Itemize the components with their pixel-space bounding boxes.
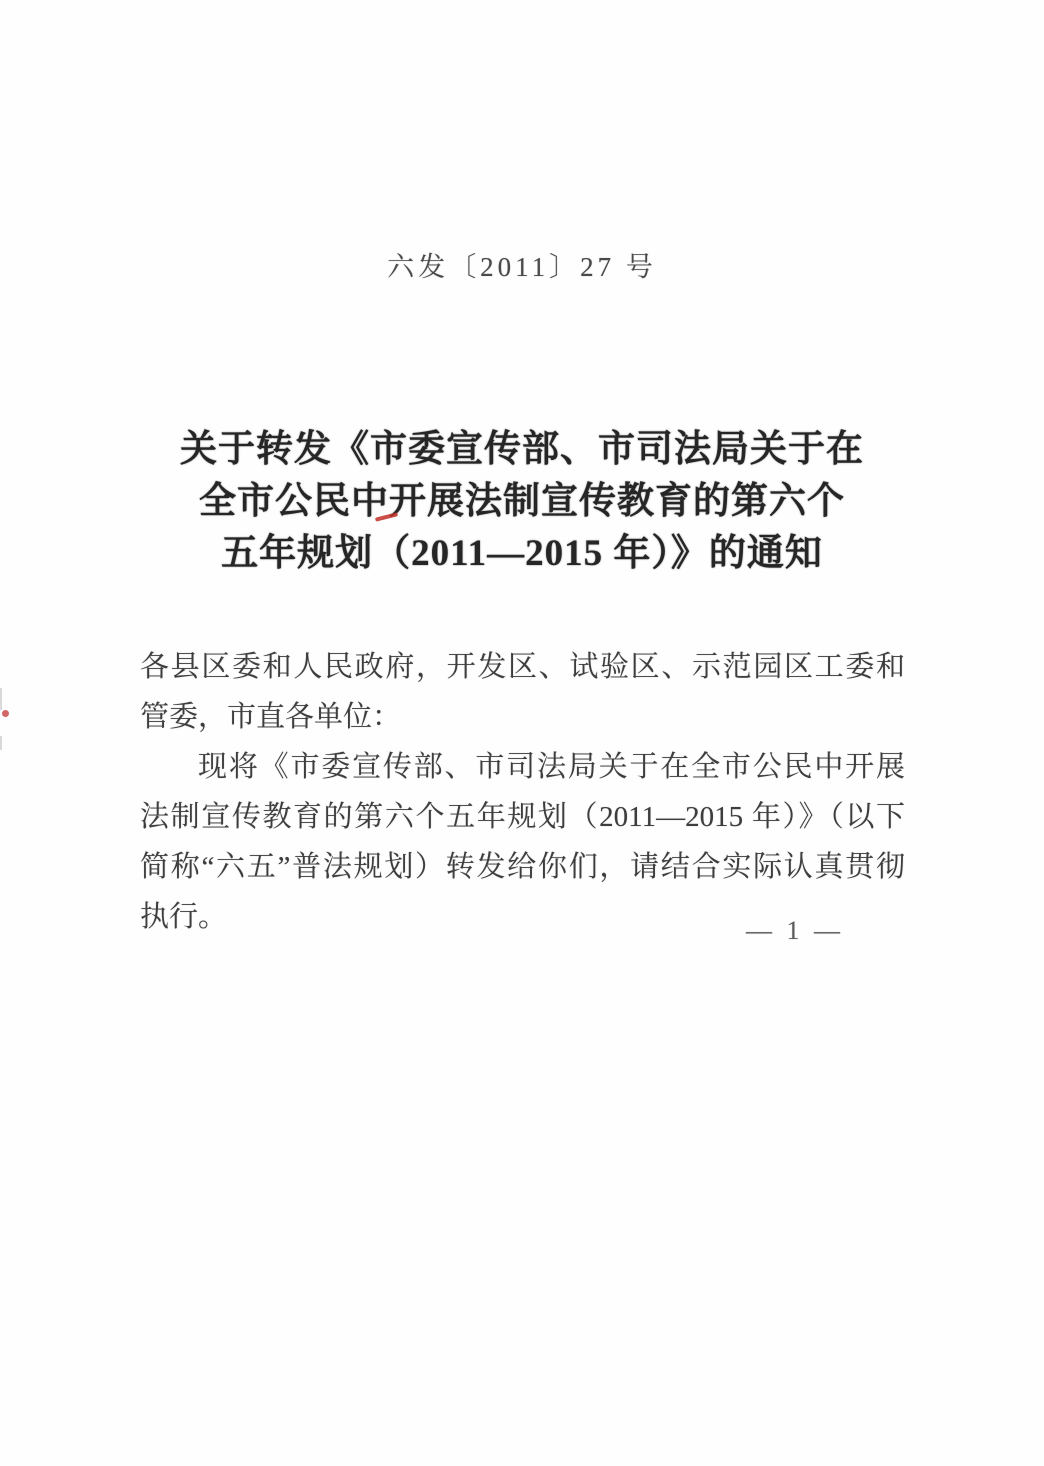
title-line-2: 全市公民中开展法制宣传教育的第六个 bbox=[0, 476, 1044, 528]
body-line-3: 简称“六五”普法规划）转发给你们，请结合实际认真贯彻 bbox=[140, 842, 905, 892]
document-title: 关于转发《市委宣传部、市司法局关于在 全市公民中开展法制宣传教育的第六个 五年规… bbox=[0, 424, 1044, 580]
title-line-3: 五年规划（2011—2015 年）》的通知 bbox=[0, 528, 1044, 580]
salutation-line-1: 各县区委和人民政府，开发区、试验区、示范园区工委和 bbox=[140, 642, 905, 692]
salutation-line-2: 管委，市直各单位： bbox=[140, 692, 905, 742]
body-line-2: 法制宣传教育的第六个五年规划（2011—2015 年）》（以下 bbox=[140, 792, 905, 842]
document-body: 各县区委和人民政府，开发区、试验区、示范园区工委和 管委，市直各单位： 现将《市… bbox=[140, 642, 905, 942]
document-number: 六发〔2011〕27 号 bbox=[0, 0, 1044, 284]
title-line-1: 关于转发《市委宣传部、市司法局关于在 bbox=[0, 424, 1044, 476]
red-dot-mark bbox=[2, 710, 9, 717]
page-number: — 1 — bbox=[735, 916, 855, 946]
body-line-1: 现将《市委宣传部、市司法局关于在全市公民中开展 bbox=[140, 742, 905, 792]
scan-edge-artifact bbox=[0, 688, 2, 710]
document-page: 六发〔2011〕27 号 关于转发《市委宣传部、市司法局关于在 全市公民中开展法… bbox=[0, 0, 1044, 1466]
scan-edge-artifact bbox=[0, 736, 2, 750]
